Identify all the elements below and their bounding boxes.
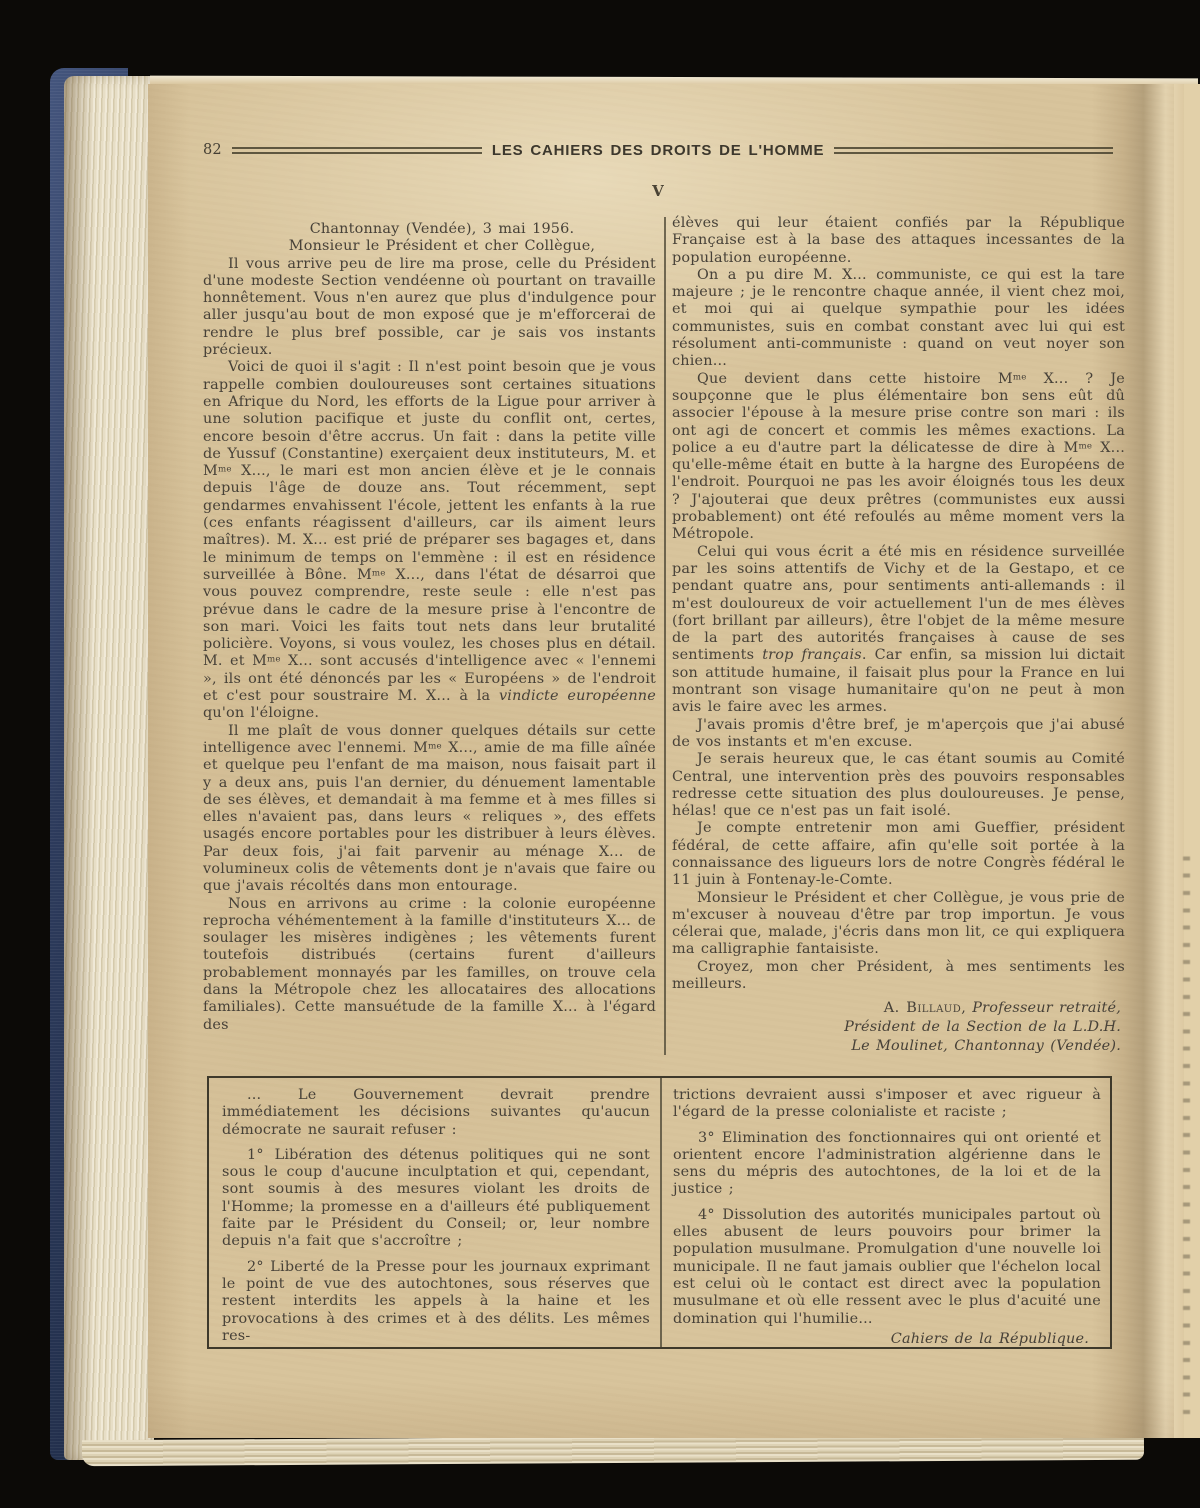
letter-signature: A. Billaud, Professeur retraité, Préside… (672, 999, 1125, 1056)
book-page: 82 LES CAHIERS DES DROITS DE L'HOMME V C… (148, 84, 1200, 1438)
quote-attribution: Cahiers de la République. (673, 1331, 1101, 1348)
paragraph: Nous en arrivons au crime : la colonie e… (203, 896, 656, 1034)
paragraph: ... Le Gouvernement devrait prendre immé… (222, 1087, 650, 1139)
boxed-quote-divider (660, 1078, 662, 1347)
page-edge-stack-left (64, 76, 154, 1460)
header-rule-left (232, 147, 482, 154)
section-numeral: V (203, 183, 1113, 200)
boxed-quote-column-right: trictions devraient aussi s'imposer et a… (673, 1087, 1101, 1348)
letter-salutation: Monsieur le Président et cher Collègue, (203, 238, 656, 255)
paragraph: Voici de quoi il s'agit : Il n'est point… (203, 359, 656, 722)
paragraph: Je serais heureux que, le cas étant soum… (672, 751, 1125, 820)
signature-line: Le Moulinet, Chantonnay (Vendée). (672, 1037, 1121, 1056)
paragraph: Monsieur le Président et cher Collègue, … (672, 890, 1125, 959)
paragraph: 4° Dissolution des autorités municipales… (673, 1207, 1101, 1328)
paragraph: Que devient dans cette histoire Mme X...… (672, 371, 1125, 544)
paragraph: Il me plaît de vous donner quelques déta… (203, 723, 656, 896)
paragraph: 2° Liberté de la Presse pour les journau… (222, 1259, 650, 1345)
page-number: 82 (203, 142, 222, 159)
scanned-book-photo: 82 LES CAHIERS DES DROITS DE L'HOMME V C… (0, 0, 1200, 1508)
signature-line: A. Billaud, Professeur retraité, (672, 999, 1121, 1018)
paragraph: Croyez, mon cher Président, à mes sentim… (672, 959, 1125, 994)
signature-line: Président de la Section de la L.D.H. (672, 1018, 1121, 1037)
journal-title: LES CAHIERS DES DROITS DE L'HOMME (492, 142, 825, 159)
header-rule-right (834, 147, 1113, 154)
paragraph: On a pu dire M. X... communiste, ce qui … (672, 267, 1125, 371)
paragraph: trictions devraient aussi s'imposer et a… (673, 1087, 1101, 1122)
paragraph: Celui qui vous écrit a été mis en réside… (672, 544, 1125, 717)
boxed-quote-column-left: ... Le Gouvernement devrait prendre immé… (222, 1087, 650, 1345)
paragraph: Je compte entretenir mon ami Gueffier, p… (672, 820, 1125, 889)
paragraph: élèves qui leur étaient confiés par la R… (672, 215, 1125, 267)
paragraph: 1° Libération des détenus politiques qui… (222, 1147, 650, 1251)
letter-dateline: Chantonnay (Vendée), 3 mai 1956. (203, 221, 656, 238)
boxed-quote: ... Le Gouvernement devrait prendre immé… (207, 1076, 1112, 1349)
paragraph: Il vous arrive peu de lire ma prose, cel… (203, 256, 656, 360)
paragraph: 3° Elimination des fonctionnaires qui on… (673, 1130, 1101, 1199)
adjacent-page-sliver (1174, 84, 1200, 1438)
letter-column-left: Chantonnay (Vendée), 3 mai 1956. Monsieu… (203, 221, 656, 1034)
letter-column-right: élèves qui leur étaient confiés par la R… (672, 215, 1125, 1056)
page-header: 82 LES CAHIERS DES DROITS DE L'HOMME (203, 142, 1113, 159)
column-divider (664, 217, 666, 1055)
page-edge-stack-bottom (82, 1434, 1144, 1466)
paragraph: J'avais promis d'être bref, je m'aperçoi… (672, 717, 1125, 752)
